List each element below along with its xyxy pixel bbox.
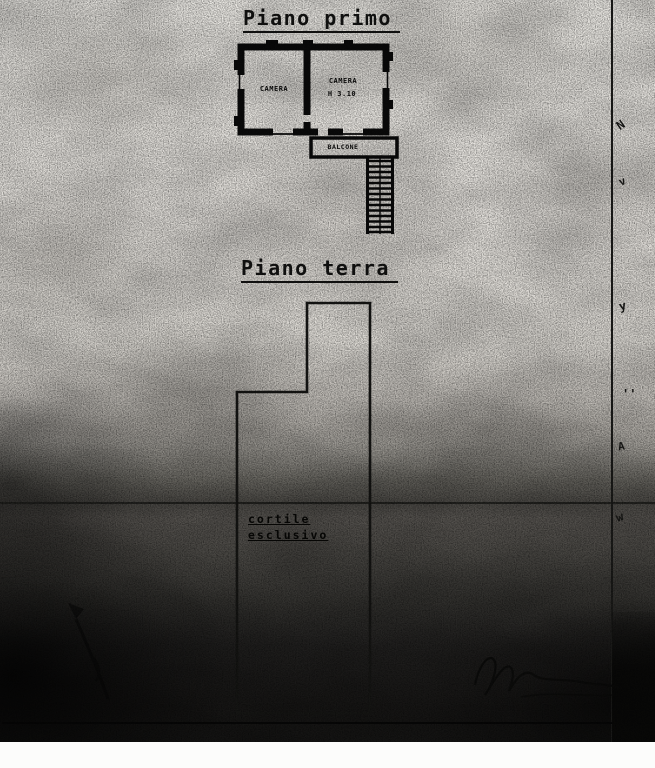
first-floor-title: Piano primo [243, 6, 400, 33]
north-arrow-sketch [50, 595, 130, 715]
edge-mark-3: y [617, 298, 628, 313]
edge-mark-4: '' [622, 387, 636, 401]
signature [465, 645, 625, 705]
balcony-label: BALCONE [312, 143, 374, 151]
edge-mark-1: N [614, 117, 628, 133]
courtyard-label-line2: esclusivo [248, 527, 328, 543]
room-height-label: H 3.10 [313, 90, 371, 98]
scanned-floor-plan-page: Piano primo Piano terra [0, 0, 655, 768]
first-floor-plan-drawing [234, 40, 404, 240]
ground-floor-plan-drawing [230, 296, 378, 720]
bottom-border-line [2, 722, 613, 724]
ground-floor-title: Piano terra [241, 256, 398, 283]
room-label-camera-left: CAMERA [246, 85, 302, 93]
edge-mark-5: A [617, 440, 626, 454]
room-label-camera-right: CAMERA [313, 77, 373, 85]
bottom-white-margin [0, 742, 655, 768]
courtyard-label: cortile esclusivo [248, 511, 328, 543]
edge-mark-6: w [614, 509, 625, 525]
edge-mark-2: v [617, 174, 628, 189]
courtyard-label-line1: cortile [248, 511, 328, 527]
